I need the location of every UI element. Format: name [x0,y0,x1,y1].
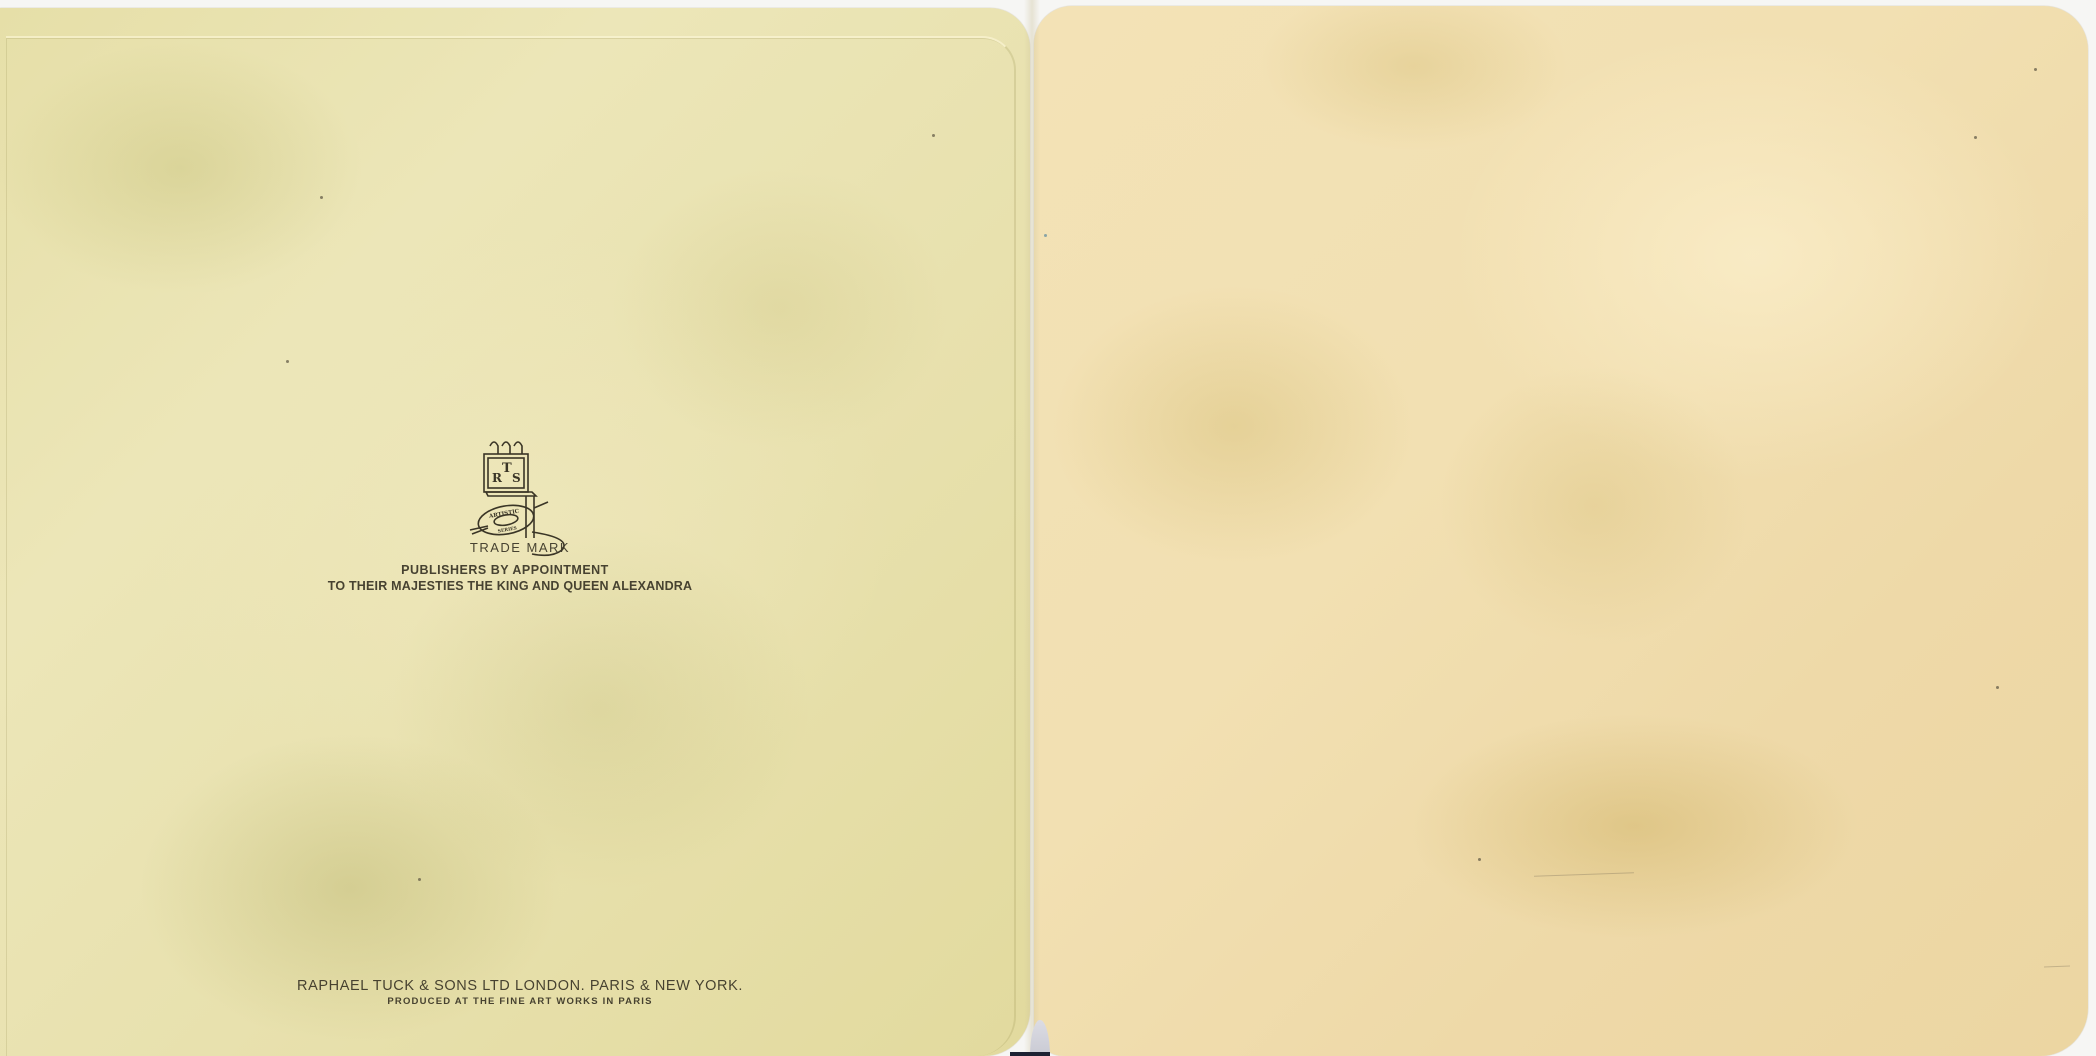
scratch-mark [1534,872,1634,876]
card-fold [1024,0,1040,1056]
paper-speck [932,134,935,137]
scan-edge [1010,1052,1050,1056]
paper-speck [1996,686,1999,689]
paper-speck [418,878,421,881]
trade-mark-label: TRADE MARK [440,540,600,555]
svg-text:ARTISTIC: ARTISTIC [488,509,521,520]
scratch-mark [2044,966,2070,968]
ink-speck [1044,234,1047,237]
card-scan: R T S ARTISTIC SERIES TRADE MARK PUBLISH… [0,0,2096,1056]
card-inside-panel [1034,6,2088,1056]
paper-speck [286,360,289,363]
publisher-majesties-line: TO THEIR MAJESTIES THE KING AND QUEEN AL… [300,579,720,593]
publisher-appointment-line: PUBLISHERS BY APPOINTMENT [310,563,700,577]
paper-speck [2034,68,2037,71]
paper-speck [1974,136,1977,139]
publisher-footer-line: RAPHAEL TUCK & SONS LTD LONDON. PARIS & … [290,978,750,994]
svg-text:S: S [512,471,521,485]
production-note-line: PRODUCED AT THE FINE ART WORKS IN PARIS [330,996,710,1007]
paper-speck [320,196,323,199]
svg-text:T: T [502,461,512,476]
paper-speck [1478,858,1481,861]
